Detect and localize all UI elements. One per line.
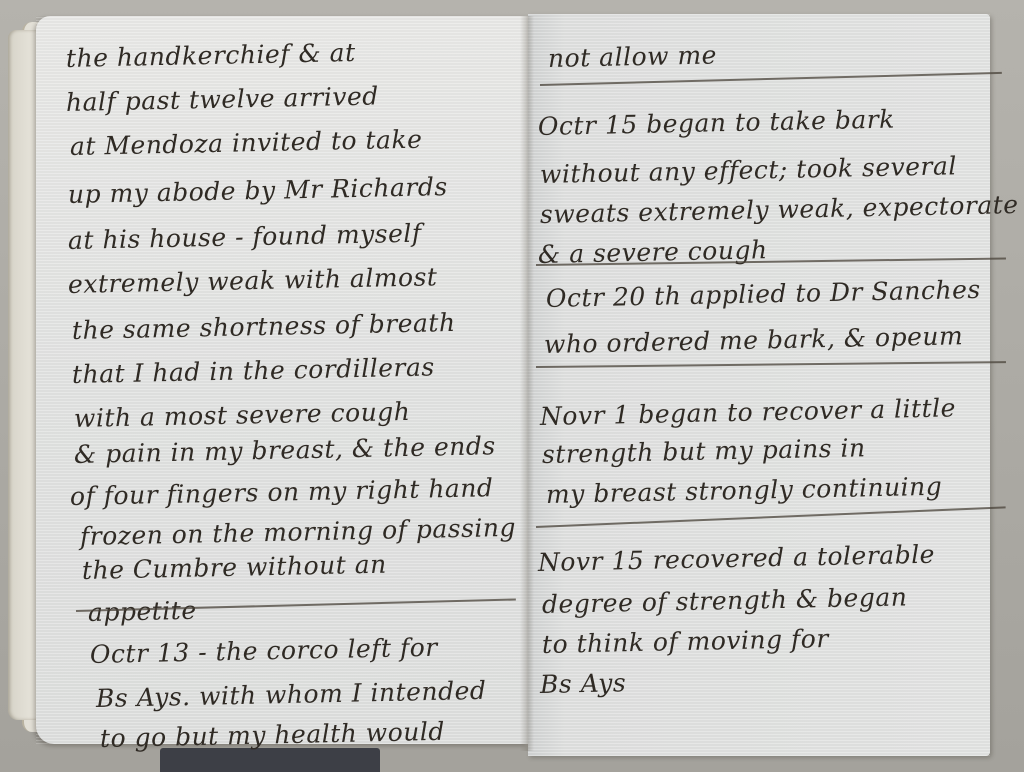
text-line: appetite [88, 596, 197, 627]
bookmark-ribbon [160, 748, 380, 772]
text-line: not allow me [548, 40, 718, 73]
text-line: to think of moving for [542, 624, 829, 659]
text-line: Bs Ays [540, 668, 627, 699]
book-gutter [520, 16, 534, 751]
text-line: the handkerchief & at [66, 38, 356, 73]
